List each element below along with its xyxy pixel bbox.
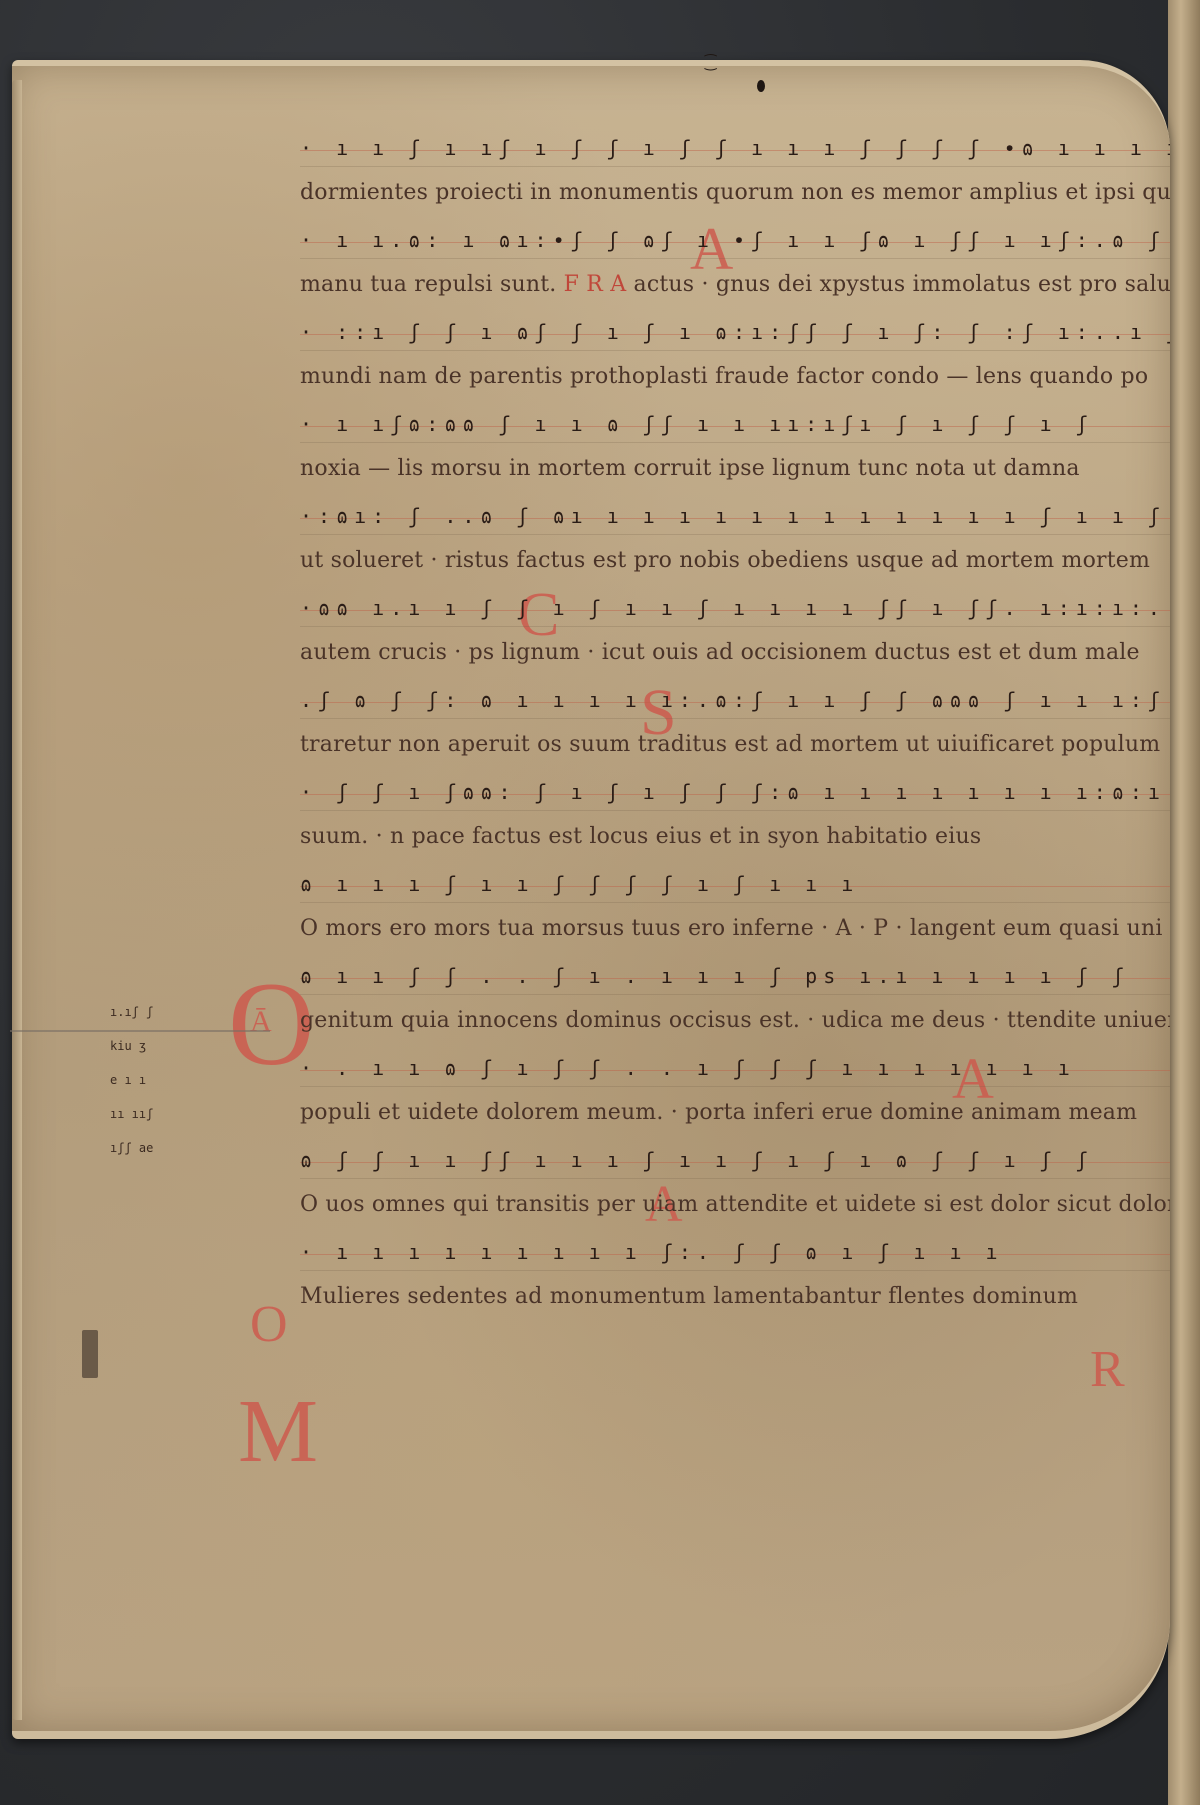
initial-O-small: O — [250, 1295, 288, 1354]
lyric-text-part: actus · gnus dei xpystus immolatus est p… — [634, 272, 1170, 297]
lyric-text: traretur non aperuit os suum traditus es… — [300, 732, 1170, 757]
margin-note: e ı ı — [110, 1063, 230, 1097]
stave-line-12: ɷ ʃ ʃ ı ı ʃʃ ı ı ı ʃ ı ı ʃ ı ʃ ı ɷ ʃ ʃ ı… — [300, 1142, 1170, 1234]
lyric-text: noxia — lis morsu in mortem corruit ipse… — [300, 456, 1170, 481]
lyric-text: Mulieres sedentes ad monumentum lamentab… — [300, 1284, 1170, 1309]
neumes: ·ɷɷ ı.ı ı ʃ ʃ ı ʃ ı ı ʃ ı ı ı ı ʃʃ ı ʃʃ.… — [300, 596, 1170, 620]
neumes: · ı ıʃɷ:ɷɷ ʃ ı ı ɷ ʃʃ ı ı ıı:ıʃı ʃ ı ʃ ʃ… — [300, 412, 1170, 436]
stave-line-1: · ı ı ʃ ı ıʃ ı ʃ ʃ ı ʃ ʃ ı ı ı ʃ ʃ ʃ ʃ ∙… — [300, 130, 1170, 222]
lyric-text-part: manu tua repulsi sunt. — [300, 272, 556, 297]
stave-line-13: · ı ı ı ı ı ı ı ı ı ʃ:. ʃ ʃ ɷ ı ʃ ı ı ı … — [300, 1234, 1170, 1326]
rubric-letters: F R A — [564, 272, 627, 297]
neumes: · ::ı ʃ ʃ ı ɷʃ ʃ ı ʃ ı ɷ:ı:ʃʃ ʃ ı ʃ: ʃ :… — [300, 320, 1170, 344]
initial-A-inset: Ā — [250, 1005, 272, 1039]
neumes: · ı ı ı ı ı ı ı ı ı ʃ:. ʃ ʃ ɷ ı ʃ ı ı ı — [300, 1240, 1170, 1264]
neumes: ɷ ı ı ı ʃ ı ı ʃ ʃ ʃ ʃ ı ʃ ı ı ı — [300, 872, 1170, 896]
margin-note: ıı ııʃ — [110, 1097, 230, 1131]
lyric-text: populi et uidete dolorem meum. · porta i… — [300, 1100, 1170, 1125]
stave-line-4: · ı ıʃɷ:ɷɷ ʃ ı ı ɷ ʃʃ ı ı ıı:ıʃı ʃ ı ʃ ʃ… — [300, 406, 1170, 498]
lyric-text: O uos omnes qui transitis per uiam atten… — [300, 1192, 1170, 1217]
neumes: · ʃ ʃ ı ʃɷɷ: ʃ ı ʃ ı ʃ ʃ ʃ:ɷ ı ı ı ı ı ı… — [300, 780, 1170, 804]
lyric-text: mundi nam de parentis prothoplasti fraud… — [300, 364, 1170, 389]
neumes: · . ı ı ɷ ʃ ı ʃ ʃ . . ı ʃ ʃ ʃ ı ı ı ı ı … — [300, 1056, 1170, 1080]
neumes: · ı ı ʃ ı ıʃ ı ʃ ʃ ı ʃ ʃ ı ı ı ʃ ʃ ʃ ʃ ∙… — [300, 136, 1170, 160]
neumes: .ʃ ɷ ʃ ʃ: ɷ ı ı ı ı ı:.ɷ:ʃ ı ı ʃ ʃ ɷɷɷ ʃ… — [300, 688, 1170, 712]
initial-R: R — [1090, 1340, 1125, 1399]
lyric-text: autem crucis · ps lignum · icut ouis ad … — [300, 640, 1170, 665]
ink-spot — [757, 80, 765, 92]
neumes: ɷ ı ı ʃ ʃ . . ʃ ı . ı ı ı ʃ ps ı.ı ı ı ı… — [300, 964, 1170, 988]
repair-tab — [82, 1330, 98, 1378]
lyric-text: suum. · n pace factus est locus eius et … — [300, 824, 1170, 849]
lyric-text: manu tua repulsi sunt. F R A actus · gnu… — [300, 272, 1170, 297]
stave-line-11: · . ı ı ɷ ʃ ı ʃ ʃ . . ı ʃ ʃ ʃ ı ı ı ı ı … — [300, 1050, 1170, 1142]
lyric-text: dormientes proiecti in monumentis quorum… — [300, 180, 1170, 205]
stave-line-2: · ı ı.ɷ: ı ɷı:∙ʃ ʃ ɷʃ ı ∙ʃ ı ı ʃɷ ı ʃʃ ı… — [300, 222, 1170, 314]
margin-note: kiu ʒ — [110, 1029, 230, 1063]
lyric-text: ut solueret · ristus factus est pro nobi… — [300, 548, 1170, 573]
neumes: ·:ɷı: ʃ ..ɷ ʃ ɷı ı ı ı ı ı ı ı ı ı ı ı ı… — [300, 504, 1170, 528]
margin-note: ıʃʃ ae — [110, 1131, 230, 1165]
stave-line-8: · ʃ ʃ ı ʃɷɷ: ʃ ı ʃ ı ʃ ʃ ʃ:ɷ ı ı ı ı ı ı… — [300, 774, 1170, 866]
neumes: · ı ı.ɷ: ı ɷı:∙ʃ ʃ ɷʃ ı ∙ʃ ı ı ʃɷ ı ʃʃ ı… — [300, 228, 1170, 252]
quire-mark: ⁐ — [705, 55, 716, 71]
neumes: ɷ ʃ ʃ ı ı ʃʃ ı ı ı ʃ ı ı ʃ ı ʃ ı ɷ ʃ ʃ ı… — [300, 1148, 1170, 1172]
stave-line-3: · ::ı ʃ ʃ ı ɷʃ ʃ ı ʃ ı ɷ:ı:ʃʃ ʃ ı ʃ: ʃ :… — [300, 314, 1170, 406]
stave-line-9: ɷ ı ı ı ʃ ı ı ʃ ʃ ʃ ʃ ı ʃ ı ı ı O mors e… — [300, 866, 1170, 958]
stave-line-7: .ʃ ɷ ʃ ʃ: ɷ ı ı ı ı ı:.ɷ:ʃ ı ı ʃ ʃ ɷɷɷ ʃ… — [300, 682, 1170, 774]
folio-left-edge — [12, 80, 22, 1720]
adjacent-leaf-edge — [1168, 0, 1200, 1805]
manuscript-text-block: · ı ı ʃ ı ıʃ ı ʃ ʃ ı ʃ ʃ ı ı ı ʃ ʃ ʃ ʃ ∙… — [300, 130, 1170, 1326]
lyric-text: O mors ero mors tua morsus tuus ero infe… — [300, 916, 1170, 941]
stave-line-6: ·ɷɷ ı.ı ı ʃ ʃ ı ʃ ı ı ʃ ı ı ı ı ʃʃ ı ʃʃ.… — [300, 590, 1170, 682]
stave-line-5: ·:ɷı: ʃ ..ɷ ʃ ɷı ı ı ı ı ı ı ı ı ı ı ı ı… — [300, 498, 1170, 590]
lyric-text: genitum quia innocens dominus occisus es… — [300, 1008, 1170, 1033]
stave-line-10: ɷ ı ı ʃ ʃ . . ʃ ı . ı ı ı ʃ ps ı.ı ı ı ı… — [300, 958, 1170, 1050]
initial-M: M — [238, 1380, 318, 1483]
margin-note: ı.ıʃ ʃ — [110, 995, 230, 1029]
margin-notes: ı.ıʃ ʃ kiu ʒ e ı ı ıı ııʃ ıʃʃ ae — [110, 995, 230, 1165]
